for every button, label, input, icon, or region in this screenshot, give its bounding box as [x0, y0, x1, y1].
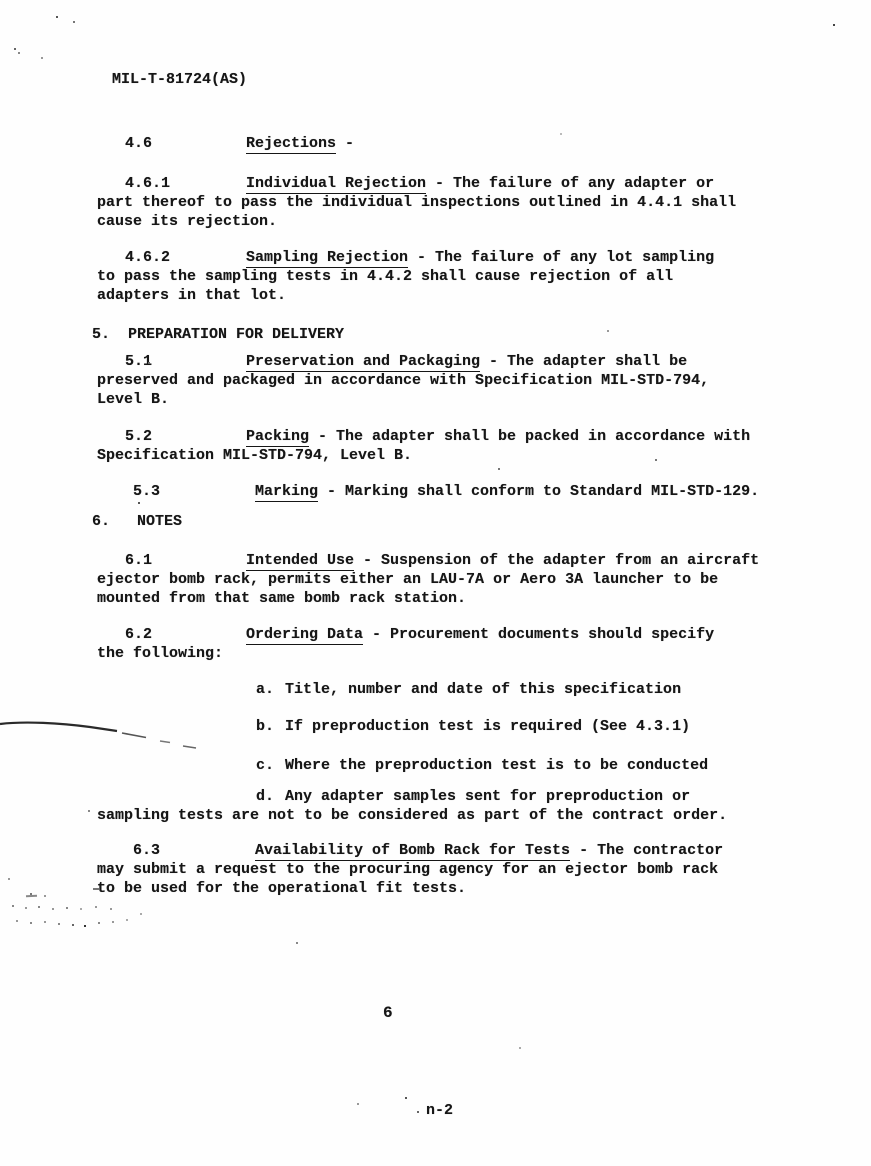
item-text: Any adapter samples sent for preproducti…: [285, 788, 690, 805]
section-number: 4.6.2: [97, 248, 246, 267]
section-number: 6.2: [97, 625, 246, 644]
item-letter: a.: [256, 680, 285, 699]
scanned-document-page: MIL-T-81724(AS) 4.6Rejections - 4.6.1Ind…: [0, 0, 871, 1166]
heading-4-6: 4.6Rejections -: [97, 134, 354, 153]
scan-noise-specks: [0, 0, 2, 2]
section-number: 4.6.1: [97, 174, 246, 193]
para-4-6-1: 4.6.1Individual Rejection - The failure …: [97, 174, 736, 231]
para-5-2: 5.2Packing - The adapter shall be packed…: [97, 427, 750, 465]
para-6-3: 6.3Availability of Bomb Rack for Tests -…: [97, 841, 723, 898]
para-5-1: 5.1Preservation and Packaging - The adap…: [97, 352, 709, 409]
section-number: 5.3: [97, 482, 255, 501]
section-rest: - The adapter shall be packed in accorda…: [309, 428, 750, 445]
noise-dash: [93, 888, 99, 890]
doc-number: MIL-T-81724(AS): [112, 71, 247, 88]
para-text-line: Level B.: [97, 390, 709, 409]
section-number: 4.6: [97, 134, 246, 153]
list-line: a.Title, number and date of this specifi…: [97, 680, 681, 699]
para-text-line: to be used for the operational fit tests…: [97, 879, 723, 898]
section-rest: - Marking shall conform to Standard MIL-…: [318, 483, 759, 500]
para-5-3: 5.3Marking - Marking shall conform to St…: [97, 482, 759, 501]
section-title: Ordering Data: [246, 626, 363, 645]
list-line: d.Any adapter samples sent for preproduc…: [97, 787, 727, 806]
section-rest: - The adapter shall be: [480, 353, 687, 370]
para-text-line: mounted from that same bomb rack station…: [97, 589, 759, 608]
noise-dash: [26, 895, 37, 898]
section-title: Preservation and Packaging: [246, 353, 480, 372]
item-text: Title, number and date of this specifica…: [285, 681, 681, 698]
para-text-line: the following:: [97, 644, 714, 663]
section-title: Availability of Bomb Rack for Tests: [255, 842, 570, 861]
para-text-line: may submit a request to the procuring ag…: [97, 860, 723, 879]
section-rest: - The failure of any lot sampling: [408, 249, 714, 266]
section-title: Sampling Rejection: [246, 249, 408, 268]
section-heading-text: 5. PREPARATION FOR DELIVERY: [92, 325, 344, 344]
list-continuation-line: sampling tests are not to be considered …: [97, 806, 727, 825]
section-title: Rejections: [246, 135, 336, 154]
para-4-6-2: 4.6.2Sampling Rejection - The failure of…: [97, 248, 714, 305]
item-text: If preproduction test is required (See 4…: [285, 718, 690, 735]
item-letter: b.: [256, 717, 285, 736]
section-rest: - Suspension of the adapter from an airc…: [354, 552, 759, 569]
para-first-line: 4.6.2Sampling Rejection - The failure of…: [97, 248, 714, 267]
para-text-line: adapters in that lot.: [97, 286, 714, 305]
list-item-a: a.Title, number and date of this specifi…: [97, 680, 681, 699]
section-rest: - The contractor: [570, 842, 723, 859]
heading-line: 4.6Rejections -: [97, 134, 354, 153]
section-rest: - The failure of any adapter or: [426, 175, 714, 192]
section-title: Marking: [255, 483, 318, 502]
para-first-line: 5.2Packing - The adapter shall be packed…: [97, 427, 750, 446]
section-rest: - Procurement documents should specify: [363, 626, 714, 643]
para-text-line: Specification MIL-STD-794, Level B.: [97, 446, 750, 465]
section-number: 5.2: [97, 427, 246, 446]
list-item-d: d.Any adapter samples sent for preproduc…: [97, 787, 727, 825]
section-number: 6.1: [97, 551, 246, 570]
para-first-line: 6.2Ordering Data - Procurement documents…: [97, 625, 714, 644]
para-6-2: 6.2Ordering Data - Procurement documents…: [97, 625, 714, 663]
section-5-heading: 5. PREPARATION FOR DELIVERY: [92, 325, 344, 344]
scratch-mark: [0, 710, 210, 755]
item-text: Where the preproduction test is to be co…: [285, 757, 708, 774]
para-text-line: to pass the sampling tests in 4.4.2 shal…: [97, 267, 714, 286]
para-first-line: 6.1Intended Use - Suspension of the adap…: [97, 551, 759, 570]
para-6-1: 6.1Intended Use - Suspension of the adap…: [97, 551, 759, 608]
section-number: 5.1: [97, 352, 246, 371]
item-letter: c.: [256, 756, 285, 775]
section-rest: -: [336, 135, 354, 152]
list-item-c: c.Where the preproduction test is to be …: [97, 756, 708, 775]
page-number: 6: [383, 1004, 393, 1022]
para-first-line: 5.3Marking - Marking shall conform to St…: [97, 482, 759, 501]
para-first-line: 6.3Availability of Bomb Rack for Tests -…: [97, 841, 723, 860]
footer-mark: n-2: [426, 1102, 453, 1119]
list-line: c.Where the preproduction test is to be …: [97, 756, 708, 775]
para-first-line: 5.1Preservation and Packaging - The adap…: [97, 352, 709, 371]
item-letter: d.: [256, 787, 285, 806]
section-6-heading: 6. NOTES: [92, 512, 182, 531]
section-title: Packing: [246, 428, 309, 447]
section-number: 6.3: [97, 841, 255, 860]
section-heading-text: 6. NOTES: [92, 512, 182, 531]
para-text-line: ejector bomb rack, permits either an LAU…: [97, 570, 759, 589]
para-text-line: preserved and packaged in accordance wit…: [97, 371, 709, 390]
section-title: Individual Rejection: [246, 175, 426, 194]
para-text-line: cause its rejection.: [97, 212, 736, 231]
section-title: Intended Use: [246, 552, 354, 571]
para-first-line: 4.6.1Individual Rejection - The failure …: [97, 174, 736, 193]
para-text-line: part thereof to pass the individual insp…: [97, 193, 736, 212]
